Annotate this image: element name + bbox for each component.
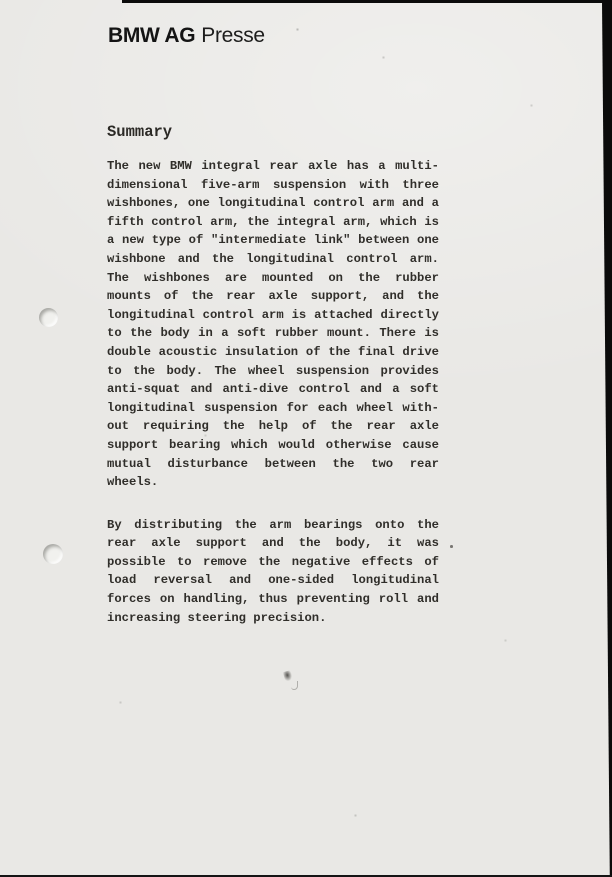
text-line: fifth control arm, the integral arm, whi… (107, 213, 439, 232)
document-body: The new BMW integral rear axle has a mul… (107, 157, 439, 627)
text-line: support bearing which would otherwise ca… (107, 436, 439, 455)
text-line: out requiring the help of the rear axle (107, 417, 439, 436)
scanned-press-page: BMW AGPresse Summary The new BMW integra… (0, 0, 612, 877)
text-line: The new BMW integral rear axle has a mul… (107, 157, 439, 176)
punch-hole-top (39, 308, 58, 327)
press-label: Presse (201, 24, 265, 47)
text-line: forces on handling, thus preventing roll… (107, 590, 439, 609)
punch-hole-bottom (43, 544, 63, 564)
letterhead: BMW AGPresse (108, 24, 265, 48)
paper-dust (0, 0, 1, 1)
text-line: double acoustic insulation of the final … (107, 343, 439, 362)
scan-edge-right (601, 0, 612, 877)
text-line: wishbones, one longitudinal control arm … (107, 194, 439, 213)
text-line: possible to remove the negative effects … (107, 553, 439, 572)
text-line: anti-squat and anti-dive control and a s… (107, 380, 439, 399)
text-line: mutual disturbance between the two rear (107, 455, 439, 474)
scan-edge-top (122, 0, 612, 3)
text-line: load reversal and one-sided longitudinal (107, 571, 439, 590)
text-line: wishbone and the longitudinal control ar… (107, 250, 439, 269)
ink-speck-curl (291, 681, 298, 690)
brand-name: BMW AG (108, 24, 195, 47)
paragraph: By distributing the arm bearings onto th… (107, 516, 439, 628)
text-line: to the body. The wheel suspension provid… (107, 362, 439, 381)
text-line: mounts of the rear axle support, and the (107, 287, 439, 306)
text-line: The wishbones are mounted on the rubber (107, 269, 439, 288)
text-line: longitudinal suspension for each wheel w… (107, 399, 439, 418)
text-line: wheels. (107, 473, 439, 492)
text-line: dimensional five-arm suspension with thr… (107, 176, 439, 195)
paragraph: The new BMW integral rear axle has a mul… (107, 157, 439, 492)
summary-heading: Summary (107, 123, 172, 141)
text-line: increasing steering precision. (107, 609, 439, 628)
text-line: rear axle support and the body, it was (107, 534, 439, 553)
text-line: to the body in a soft rubber mount. Ther… (107, 324, 439, 343)
text-line: By distributing the arm bearings onto th… (107, 516, 439, 535)
text-line: a new type of "intermediate link" betwee… (107, 231, 439, 250)
scan-dot-artifact (450, 545, 453, 548)
text-line: longitudinal control arm is attached dir… (107, 306, 439, 325)
